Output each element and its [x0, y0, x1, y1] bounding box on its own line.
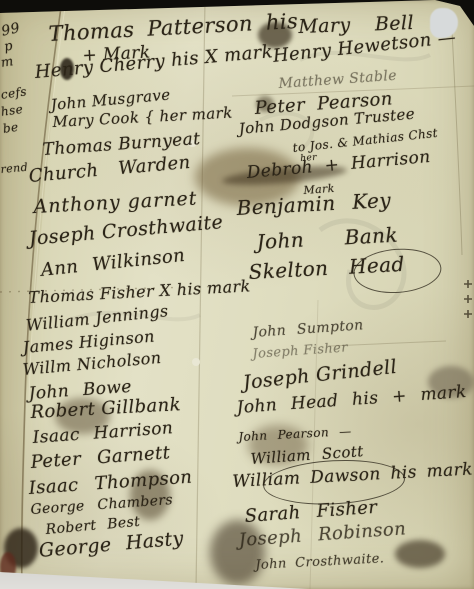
stain: [395, 540, 445, 568]
margin-fragment: cefs: [0, 84, 28, 101]
signature-line: John Pearson —: [238, 424, 352, 444]
signature-line: Joseph Crosthwaite: [28, 211, 224, 250]
margin-fragment: hse: [0, 102, 24, 119]
signature-line: Anthony garnet: [33, 187, 198, 218]
manuscript-photo: 99 p m cefs hse be rend Thomas Patterson…: [0, 0, 474, 589]
signature-line: John Sumpton: [252, 317, 364, 341]
signature-line: Henry Cherry his X mark: [34, 41, 274, 83]
signature-line: Peter Garnett: [30, 442, 171, 473]
signature-line: Ann Wilkinson: [40, 245, 186, 281]
manuscript-page: 99 p m cefs hse be rend Thomas Patterson…: [0, 0, 474, 589]
margin-fragment: p: [3, 38, 14, 54]
margin-fragment: m: [0, 54, 15, 71]
margin-fragment: 99: [0, 20, 22, 40]
signature-line: Thomas Fisher X his mark: [28, 276, 251, 307]
paper-speck: [192, 358, 200, 366]
margin-fragment: rend: [0, 161, 29, 176]
margin-fragment: be: [2, 120, 19, 136]
signature-line: John Crosthwaite.: [255, 551, 385, 573]
signature-line: Joseph Fisher: [252, 340, 348, 362]
signature-line: John Bank: [256, 223, 398, 254]
